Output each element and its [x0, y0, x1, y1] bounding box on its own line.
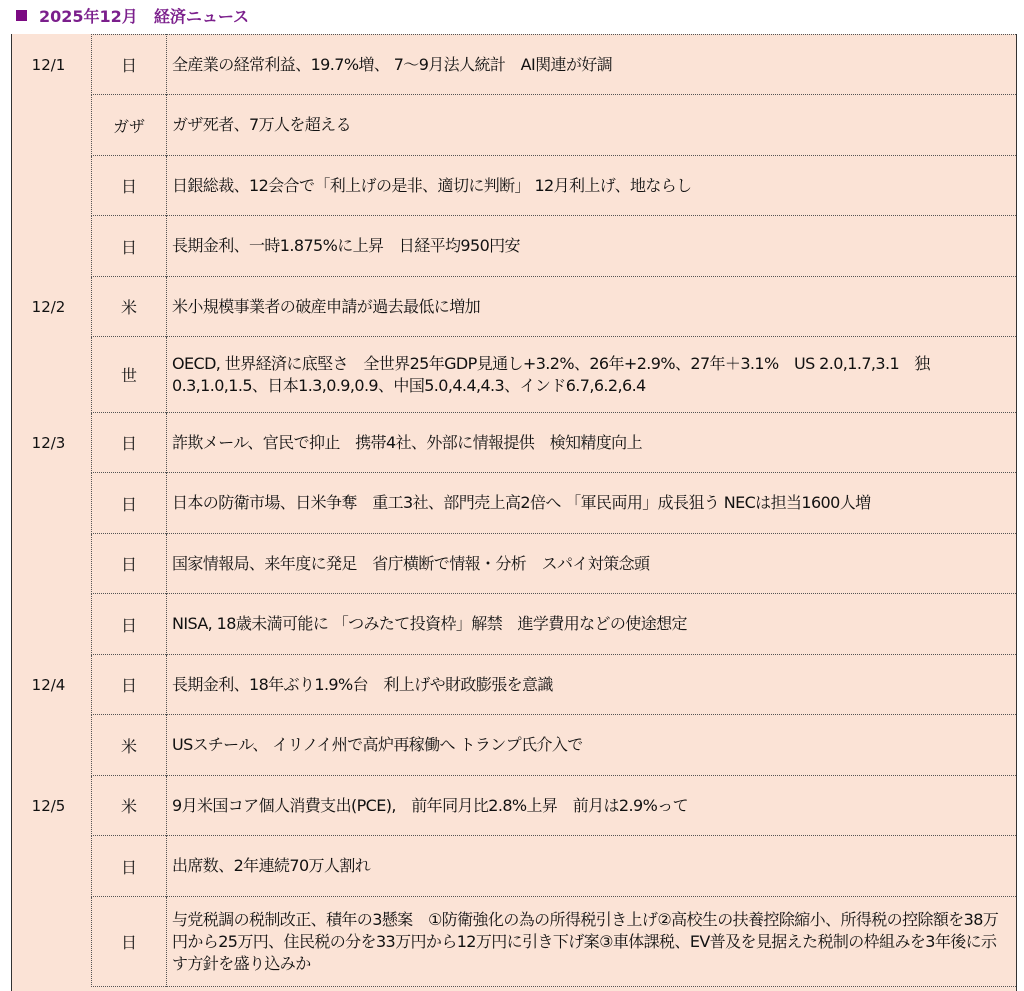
table-row: 日 出席数、2年連続70万人割れ	[12, 836, 1016, 897]
date-cell	[12, 156, 91, 216]
headline-cell: 国家情報局、来年度に発足 省庁横断で情報・分析 スパイ対策念頭	[166, 534, 1016, 594]
table-row: 12/5 米 9月米国コア個人消費支出(PCE), 前年同月比2.8%上昇 前月…	[12, 776, 1016, 836]
table-row: 日 国家情報局、来年度に発足 省庁横断で情報・分析 スパイ対策念頭	[12, 534, 1016, 594]
headline-cell: 与党税調の税制改正、積年の3懸案 ①防衛強化の為の所得税引き上げ②高校生の扶養控…	[166, 897, 1016, 987]
region-cell: 日	[91, 156, 166, 216]
headline-cell: 米小規模事業者の破産申請が過去最低に増加	[166, 277, 1016, 337]
table-row: 日 日本の防衛市場、日米争奪 重工3社、部門売上高2倍へ 「軍民両用」成長狙う …	[12, 473, 1016, 534]
table-row: 米 USスチール、 イリノイ州で高炉再稼働へ トランプ氏介入で	[12, 715, 1016, 776]
news-table: 12/1 日 全産業の経常利益、19.7%増、 7〜9月法人統計 AI関連が好調…	[11, 34, 1017, 991]
page-title: 2025年12月 経済ニュース	[16, 2, 249, 28]
region-cell: ガザ	[91, 95, 166, 156]
region-cell: 日	[91, 413, 166, 473]
region-cell: 日	[91, 655, 166, 715]
region-cell: 日	[91, 836, 166, 897]
date-cell: 12/2	[12, 277, 91, 337]
title-text: 経済ニュース	[154, 4, 249, 27]
table-row: 世 OECD, 世界経済に底堅さ 全世界25年GDP見通し+3.2%、26年+2…	[12, 337, 1016, 413]
table-row: 日 日銀総裁、12会合で「利上げの是非、適切に判断」 12月利上げ、地ならし	[12, 156, 1016, 216]
headline-cell: NISA, 18歳未満可能に 「つみたて投資枠」解禁 進学費用などの使途想定	[166, 594, 1016, 655]
headline-cell: 日銀総裁、12会合で「利上げの是非、適切に判断」 12月利上げ、地ならし	[166, 156, 1016, 216]
date-cell	[12, 836, 91, 897]
headline-cell: 出席数、2年連続70万人割れ	[166, 836, 1016, 897]
region-cell: 日	[91, 594, 166, 655]
table-row: ガザ ガザ死者、7万人を超える	[12, 95, 1016, 156]
headline-cell: ガザ死者、7万人を超える	[166, 95, 1016, 156]
date-cell	[12, 95, 91, 156]
date-cell	[12, 534, 91, 594]
date-cell	[12, 337, 91, 413]
headline-cell: 長期金利、18年ぶり1.9%台 利上げや財政膨張を意識	[166, 655, 1016, 715]
headline-cell: 全産業の経常利益、19.7%増、 7〜9月法人統計 AI関連が好調	[166, 34, 1016, 95]
date-cell: 12/4	[12, 655, 91, 715]
table-row: 12/1 日 全産業の経常利益、19.7%増、 7〜9月法人統計 AI関連が好調	[12, 34, 1016, 95]
table-row: 日 与党税調の税制改正、積年の3懸案 ①防衛強化の為の所得税引き上げ②高校生の扶…	[12, 897, 1016, 987]
date-cell	[12, 473, 91, 534]
region-cell: 米	[91, 776, 166, 836]
region-cell: 日	[91, 897, 166, 987]
headline-cell: 詐欺メール、官民で抑止 携帯4社、外部に情報提供 検知精度向上	[166, 413, 1016, 473]
table-row: 12/3 日 詐欺メール、官民で抑止 携帯4社、外部に情報提供 検知精度向上	[12, 413, 1016, 473]
square-bullet-icon	[16, 10, 27, 21]
region-cell: 日	[91, 473, 166, 534]
date-cell	[12, 897, 91, 987]
date-cell	[12, 594, 91, 655]
headline-cell: USスチール、 イリノイ州で高炉再稼働へ トランプ氏介入で	[166, 715, 1016, 776]
region-cell: 米	[91, 277, 166, 337]
headline-cell: 9月米国コア個人消費支出(PCE), 前年同月比2.8%上昇 前月は2.9%って	[166, 776, 1016, 836]
date-cell: 12/5	[12, 776, 91, 836]
table-row: 12/4 日 長期金利、18年ぶり1.9%台 利上げや財政膨張を意識	[12, 655, 1016, 715]
headline-cell: 日本の防衛市場、日米争奪 重工3社、部門売上高2倍へ 「軍民両用」成長狙う NE…	[166, 473, 1016, 534]
region-cell: 日	[91, 34, 166, 95]
table-row: 日 NISA, 18歳未満可能に 「つみたて投資枠」解禁 進学費用などの使途想定	[12, 594, 1016, 655]
date-cell	[12, 715, 91, 776]
headline-cell: OECD, 世界経済に底堅さ 全世界25年GDP見通し+3.2%、26年+2.9…	[166, 337, 1016, 413]
title-year-month: 2025年12月	[39, 4, 138, 27]
region-cell: 日	[91, 534, 166, 594]
region-cell: 世	[91, 337, 166, 413]
date-cell	[12, 216, 91, 277]
region-cell: 米	[91, 715, 166, 776]
table-row: 12/2 米 米小規模事業者の破産申請が過去最低に増加	[12, 277, 1016, 337]
date-cell: 12/3	[12, 413, 91, 473]
table-row: 日 長期金利、一時1.875%に上昇 日経平均950円安	[12, 216, 1016, 277]
headline-cell: 長期金利、一時1.875%に上昇 日経平均950円安	[166, 216, 1016, 277]
date-cell: 12/1	[12, 34, 91, 95]
region-cell: 日	[91, 216, 166, 277]
